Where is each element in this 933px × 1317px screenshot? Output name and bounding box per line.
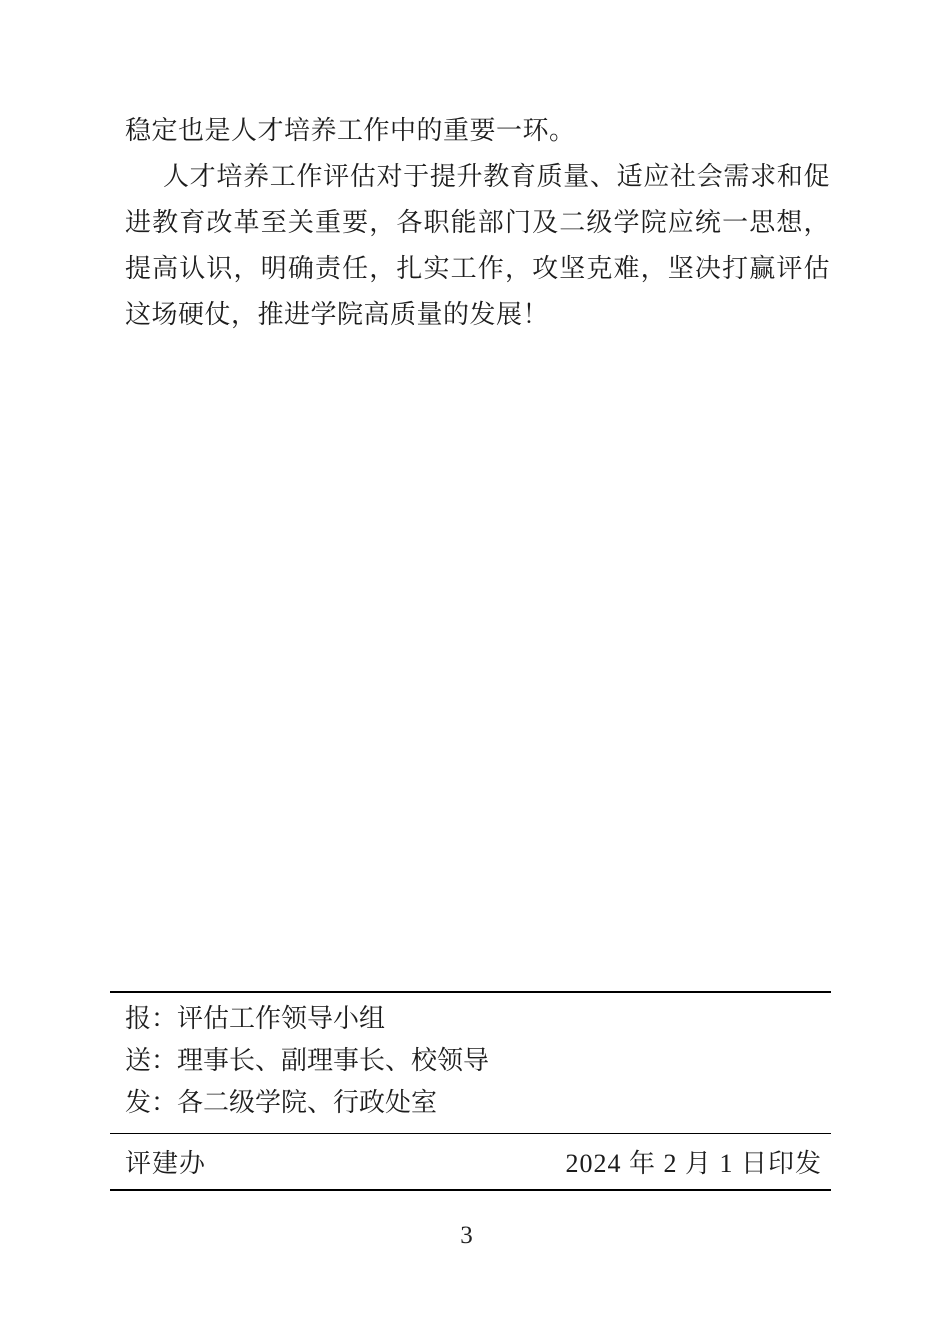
colophon-send-row: 送：理事长、副理事长、校领导 (125, 1040, 831, 1082)
document-body: 稳定也是人才培养工作中的重要一环。 人才培养工作评估对于提升教育质量、适应社会需… (110, 108, 830, 338)
report-value: 评估工作领导小组 (177, 1004, 385, 1033)
colophon-distribution-list: 报：评估工作领导小组 送：理事长、副理事长、校领导 发：各二级学院、行政处室 (110, 993, 831, 1133)
report-label: 报： (125, 1004, 177, 1033)
colophon-issuer-row: 评建办 2024 年 2 月 1 日印发 (110, 1133, 831, 1191)
send-label: 送： (125, 1046, 177, 1075)
paragraph-main: 人才培养工作评估对于提升教育质量、适应社会需求和促进教育改革至关重要，各职能部门… (110, 154, 830, 338)
colophon-issue-row: 发：各二级学院、行政处室 (125, 1082, 831, 1124)
issue-value: 各二级学院、行政处室 (177, 1088, 437, 1117)
print-date: 2024 年 2 月 1 日印发 (565, 1143, 822, 1180)
colophon-block: 报：评估工作领导小组 送：理事长、副理事长、校领导 发：各二级学院、行政处室 评… (110, 991, 831, 1191)
issue-label: 发： (125, 1088, 177, 1117)
document-page: 稳定也是人才培养工作中的重要一环。 人才培养工作评估对于提升教育质量、适应社会需… (0, 0, 933, 1317)
page-number: 3 (0, 1222, 933, 1250)
issuer-name: 评建办 (125, 1143, 206, 1180)
send-value: 理事长、副理事长、校领导 (177, 1046, 489, 1075)
colophon-report-row: 报：评估工作领导小组 (125, 998, 831, 1040)
paragraph-continuation: 稳定也是人才培养工作中的重要一环。 (110, 108, 830, 154)
